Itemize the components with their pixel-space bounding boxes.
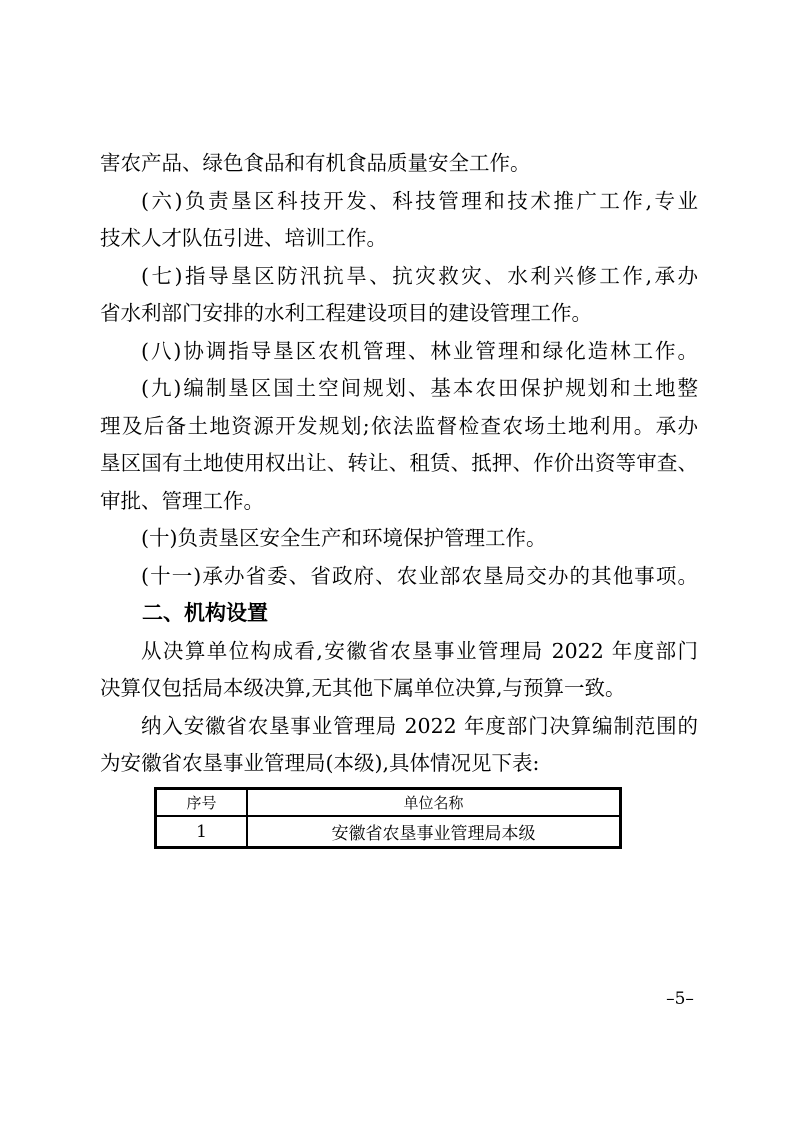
document-body: 害农产品、绿色食品和有机食品质量安全工作。 (六)负责垦区科技开发、科技管理和技… bbox=[100, 145, 698, 783]
paragraph-line: 审批、管理工作。 bbox=[100, 483, 698, 521]
document-page: 害农产品、绿色食品和有机食品质量安全工作。 (六)负责垦区科技开发、科技管理和技… bbox=[0, 0, 794, 1123]
paragraph-line: 垦区国有土地使用权出让、转让、租赁、抵押、作价出资等审查、 bbox=[100, 445, 698, 483]
table-header-index: 序号 bbox=[156, 789, 248, 817]
paragraph-line: 从决算单位构成看,安徽省农垦事业管理局 2022 年度部门 bbox=[100, 633, 698, 671]
table-cell-index: 1 bbox=[156, 816, 248, 848]
section-heading-organization-setup: 二、机构设置 bbox=[100, 595, 698, 633]
paragraph-line: 纳入安徽省农垦事业管理局 2022 年度部门决算编制范围的 bbox=[100, 708, 698, 746]
paragraph-line: 技术人才队伍引进、培训工作。 bbox=[100, 220, 698, 258]
table-row: 1 安徽省农垦事业管理局本级 bbox=[156, 816, 621, 848]
paragraph-line: (九)编制垦区国土空间规划、基本农田保护规划和土地整 bbox=[100, 370, 698, 408]
unit-list-table: 序号 单位名称 1 安徽省农垦事业管理局本级 bbox=[154, 787, 622, 849]
paragraph-line: (十)负责垦区安全生产和环境保护管理工作。 bbox=[100, 520, 698, 558]
paragraph-line: 害农产品、绿色食品和有机食品质量安全工作。 bbox=[100, 145, 698, 183]
paragraph-line: (七)指导垦区防汛抗旱、抗灾救灾、水利兴修工作,承办 bbox=[100, 258, 698, 296]
table-cell-unit-name: 安徽省农垦事业管理局本级 bbox=[247, 816, 621, 848]
paragraph-line: 决算仅包括局本级决算,无其他下属单位决算,与预算一致。 bbox=[100, 670, 698, 708]
paragraph-line: (八)协调指导垦区农机管理、林业管理和绿化造林工作。 bbox=[100, 333, 698, 371]
paragraph-line: 理及后备土地资源开发规划;依法监督检查农场土地利用。承办 bbox=[100, 408, 698, 446]
page-number: –5– bbox=[645, 989, 715, 1009]
table-header-unit-name: 单位名称 bbox=[247, 789, 621, 817]
paragraph-line: (六)负责垦区科技开发、科技管理和技术推广工作,专业 bbox=[100, 183, 698, 221]
paragraph-line: 为安徽省农垦事业管理局(本级),具体情况见下表: bbox=[100, 745, 698, 783]
paragraph-line: (十一)承办省委、省政府、农业部农垦局交办的其他事项。 bbox=[100, 558, 698, 596]
table-header-row: 序号 单位名称 bbox=[156, 789, 621, 817]
paragraph-line: 省水利部门安排的水利工程建设项目的建设管理工作。 bbox=[100, 295, 698, 333]
